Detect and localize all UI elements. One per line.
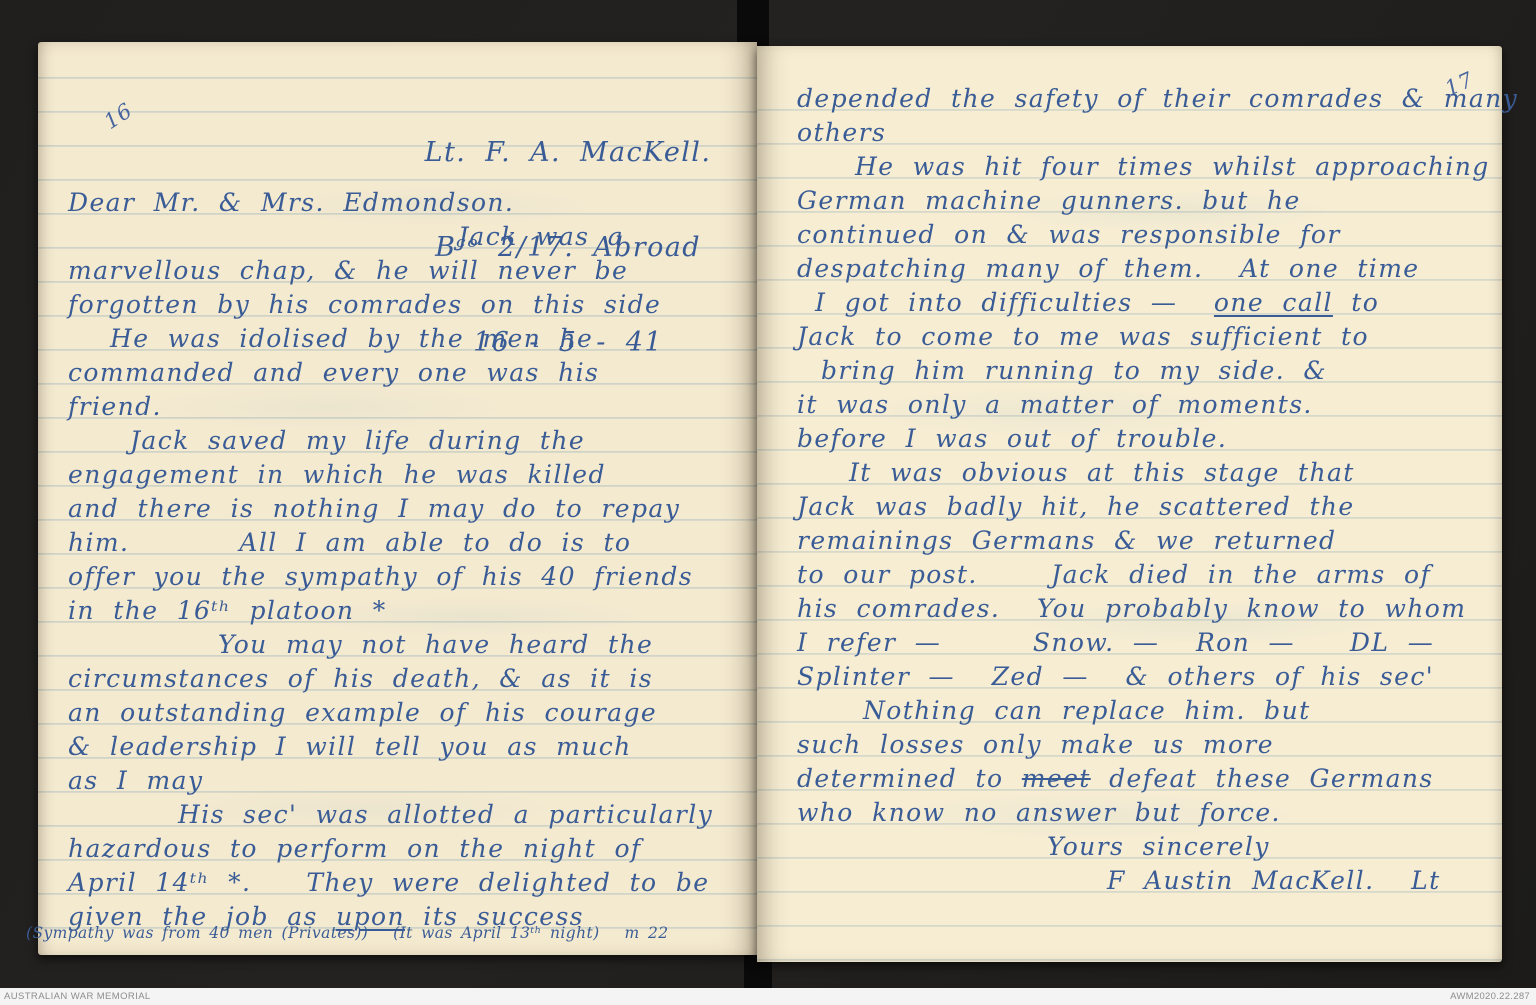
handwriting-line: an outstanding example of his courage [68,696,750,730]
handwriting-line: commanded and every one was his [68,356,750,390]
handwriting-line: It was obvious at this stage that [797,456,1492,490]
handwriting-line: as I may [68,764,750,798]
handwriting-line: to our post. Jack died in the arms of [797,558,1492,592]
handwriting-line: You may not have heard the [68,628,750,662]
handwriting-line: such losses only make us more [797,728,1492,762]
handwriting-line: Jack to come to me was sufficient to [797,320,1492,354]
handwriting-line: Dear Mr. & Mrs. Edmondson. [68,186,750,220]
notebook-page-left: 16 Lt. F. A. MacKell. Bᶜᵒ 2/17. Abroad 1… [38,42,757,955]
handwriting-line: depended the safety of their comrades & … [797,82,1492,116]
handwriting-line: others [797,116,1492,150]
handwriting-line: engagement in which he was killed [68,458,750,492]
handwriting-line: I got into difficulties — one call to [797,286,1492,320]
handwriting-line: bring him running to my side. & [797,354,1492,388]
archive-name-label: AUSTRALIAN WAR MEMORIAL [4,991,151,1002]
handwriting-line: friend. [68,390,750,424]
handwriting-line: forgotten by his comrades on this side [68,288,750,322]
notebook-page-right: 17 depended the safety of their comrades… [757,46,1502,962]
handwriting-line: remainings Germans & we returned [797,524,1492,558]
letter-footnote: (Sympathy was from 40 men (Privates)) (I… [26,924,726,942]
handwriting-line: F Austin MacKell. Lt [797,864,1492,898]
handwriting-line: & leadership I will tell you as much [68,730,750,764]
handwriting-line: him. All I am able to do is to [68,526,750,560]
handwriting-line: marvellous chap, & he will never be [68,254,750,288]
handwriting-line: Nothing can replace him. but [797,694,1492,728]
letter-body-right: depended the safety of their comrades & … [797,82,1492,898]
sender-name: Lt. F. A. MacKell. [378,134,758,171]
archive-caption-bar: AUSTRALIAN WAR MEMORIAL AWM2020.22.287 [0,988,1536,1005]
photographed-notebook-scan: 16 Lt. F. A. MacKell. Bᶜᵒ 2/17. Abroad 1… [0,0,1536,1005]
handwriting-line: His sec' was allotted a particularly [68,798,750,832]
handwriting-line: Jack was badly hit, he scattered the [797,490,1492,524]
handwriting-line: continued on & was responsible for [797,218,1492,252]
handwriting-line: April 14ᵗʰ *. They were delighted to be [68,866,750,900]
handwriting-line: in the 16ᵗʰ platoon * [68,594,750,628]
page-number-left: 16 [100,98,137,134]
handwriting-line: his comrades. You probably know to whom [797,592,1492,626]
handwriting-line: hazardous to perform on the night of [68,832,750,866]
handwriting-line: He was hit four times whilst approaching [797,150,1492,184]
catalog-id-label: AWM2020.22.287 [1450,991,1530,1002]
handwriting-line: German machine gunners. but he [797,184,1492,218]
handwriting-line: I refer — Snow. — Ron — DL — [797,626,1492,660]
handwriting-line: it was only a matter of moments. [797,388,1492,422]
handwriting-line: offer you the sympathy of his 40 friends [68,560,750,594]
handwriting-line: and there is nothing I may do to repay [68,492,750,526]
handwriting-line: who know no answer but force. [797,796,1492,830]
handwriting-line: despatching many of them. At one time [797,252,1492,286]
handwriting-line: Splinter — Zed — & others of his sec' [797,660,1492,694]
handwriting-line: before I was out of trouble. [797,422,1492,456]
handwriting-line: He was idolised by the men he [68,322,750,356]
letter-body-left: Dear Mr. & Mrs. Edmondson.Jack was amarv… [68,186,750,934]
handwriting-line: Jack was a [68,220,750,254]
handwriting-line: determined to meet defeat these Germans [797,762,1492,796]
handwriting-line: circumstances of his death, & as it is [68,662,750,696]
handwriting-line: Yours sincerely [797,830,1492,864]
handwriting-line: Jack saved my life during the [68,424,750,458]
